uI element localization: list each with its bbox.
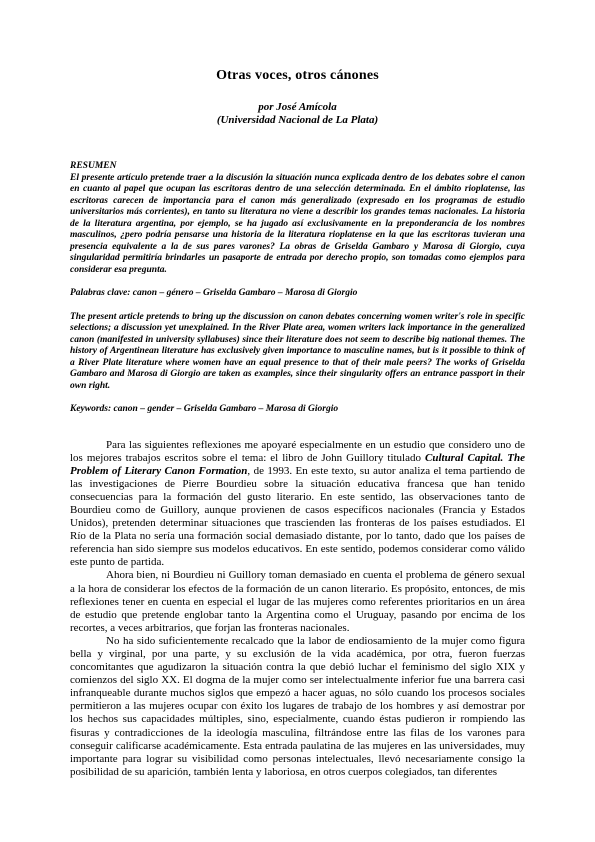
abstracts-section: RESUMEN El presente artículo pretende tr… xyxy=(70,161,525,416)
keywords-es: Palabras clave: canon – género – Griseld… xyxy=(70,288,525,300)
document-page: Otras voces, otros cánones por José Amíc… xyxy=(0,0,595,842)
body-paragraph-1-post: , de 1993. En este texto, su autor anali… xyxy=(70,465,525,569)
body-paragraph-3: No ha sido suficientemente recalcado que… xyxy=(70,635,525,779)
body-paragraph-2: Ahora bien, ni Bourdieu ni Guillory toma… xyxy=(70,569,525,634)
affiliation-line: (Universidad Nacional de La Plata) xyxy=(70,114,525,127)
abstract-es-heading: RESUMEN xyxy=(70,161,525,173)
author-line: por José Amícola xyxy=(70,101,525,114)
article-title: Otras voces, otros cánones xyxy=(70,68,525,84)
byline: por José Amícola (Universidad Nacional d… xyxy=(70,101,525,126)
body-paragraph-1: Para las siguientes reflexiones me apoya… xyxy=(70,439,525,570)
keywords-en: Keywords: canon – gender – Griselda Gamb… xyxy=(70,404,525,416)
article-body: Para las siguientes reflexiones me apoya… xyxy=(70,439,525,779)
abstract-en-text: The present article pretends to bring up… xyxy=(70,312,525,393)
abstract-es-text: El presente artículo pretende traer a la… xyxy=(70,173,525,277)
